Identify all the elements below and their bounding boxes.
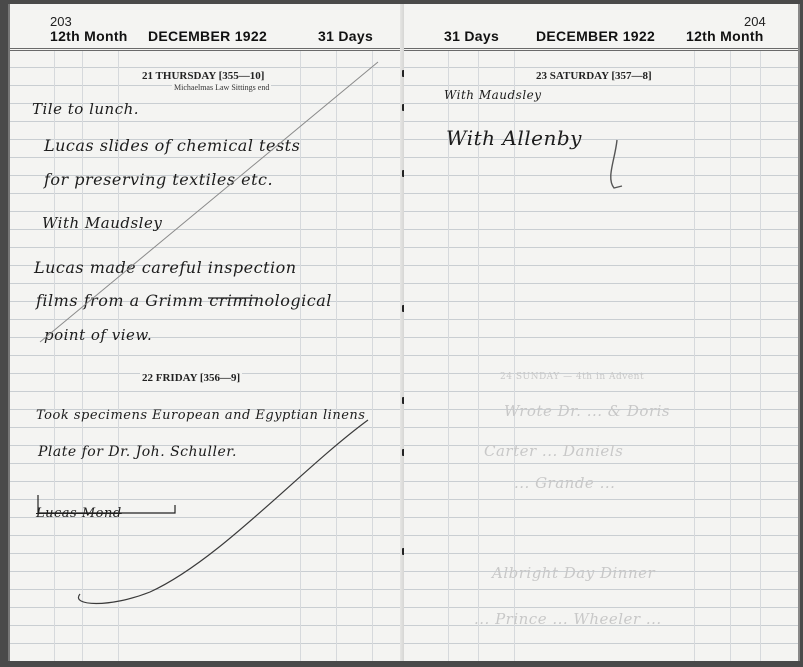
handwritten-line: point of view. — [44, 326, 152, 344]
column-rule — [760, 50, 761, 661]
handwritten-line: Tile to lunch. — [32, 100, 139, 118]
month-title: DECEMBER 1922 — [148, 28, 267, 44]
handwritten-line: With Maudsley — [444, 88, 542, 102]
day-heading-saturday: 23 SATURDAY [357—8] — [534, 70, 654, 82]
diary-spread: 203 12th Month DECEMBER 1922 31 Days 21 … — [0, 0, 803, 667]
page-header: 203 12th Month DECEMBER 1922 31 Days — [10, 4, 406, 51]
page-number: 203 — [50, 14, 72, 29]
bleedthrough-text: Wrote Dr. ... & Doris — [504, 402, 670, 420]
day-heading-friday: 22 FRIDAY [356—9] — [140, 372, 242, 384]
handwritten-line: Took specimens European and Egyptian lin… — [36, 408, 365, 423]
bleedthrough-text: ... Grande ... — [514, 474, 615, 492]
handwritten-line: With Allenby — [446, 126, 582, 150]
handwritten-line-struck: Lucas Mond — [36, 506, 122, 521]
page-number: 204 — [744, 14, 766, 29]
month-label: 12th Month — [50, 28, 128, 44]
handwritten-line: Lucas made careful inspection — [34, 258, 297, 277]
handwritten-line: With Maudsley — [42, 214, 162, 232]
days-label: 31 Days — [444, 28, 499, 44]
column-rule — [730, 50, 731, 661]
handwritten-line: for preserving textiles etc. — [44, 170, 273, 189]
bleedthrough-text: 24 SUNDAY — 4th in Advent — [500, 372, 644, 382]
bleedthrough-text: Albright Day Dinner — [492, 564, 655, 582]
handwritten-line: Lucas slides of chemical tests — [44, 136, 300, 155]
month-title: DECEMBER 1922 — [536, 28, 655, 44]
column-rule — [694, 50, 695, 661]
right-page: 31 Days DECEMBER 1922 204 12th Month 23 … — [404, 4, 800, 661]
day-note: Michaelmas Law Sittings end — [172, 83, 271, 92]
left-page: 203 12th Month DECEMBER 1922 31 Days 21 … — [8, 4, 406, 661]
column-rule — [336, 50, 337, 661]
handwritten-line: Plate for Dr. Joh. Schuller. — [38, 444, 237, 460]
bleedthrough-text: ... Prince ... Wheeler ... — [474, 610, 662, 628]
page-header: 31 Days DECEMBER 1922 204 12th Month — [404, 4, 798, 51]
month-label: 12th Month — [686, 28, 764, 44]
days-label: 31 Days — [318, 28, 373, 44]
bleedthrough-text: Carter ... Daniels — [484, 442, 623, 460]
column-rule — [372, 50, 373, 661]
handwritten-line: films from a Grimm criminological — [36, 291, 332, 310]
day-heading-thursday: 21 THURSDAY [355—10] — [140, 70, 266, 82]
